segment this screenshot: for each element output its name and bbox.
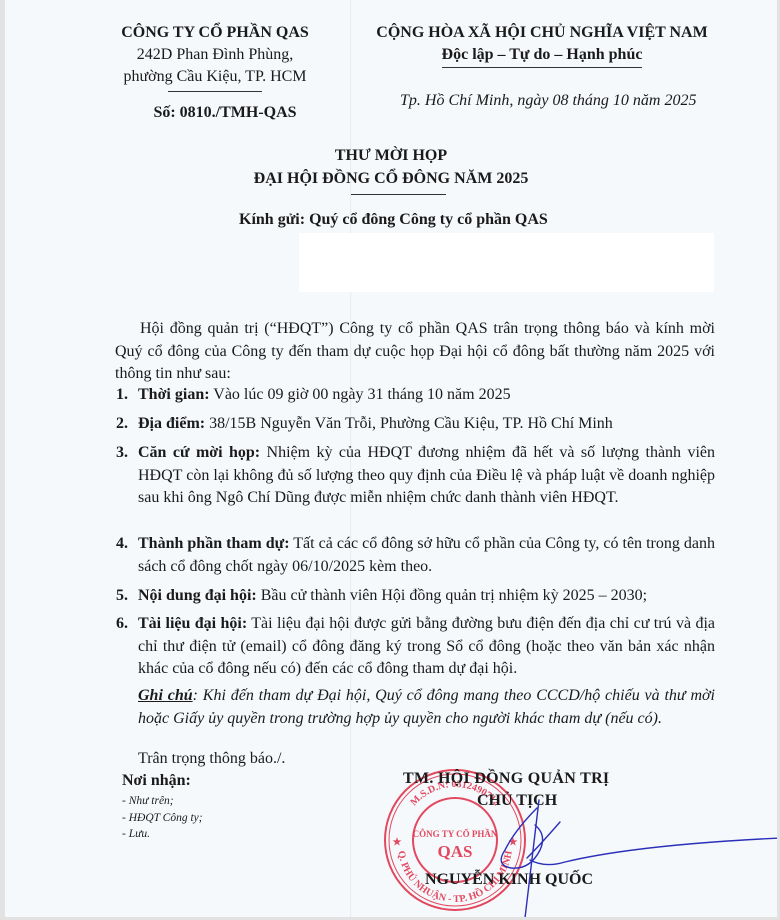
national-motto: Độc lập – Tự do – Hạnh phúc: [442, 44, 643, 68]
recipient-item: - Lưu.: [122, 826, 203, 843]
list-item: 6.Tài liệu đại hội: Tài liệu đại hội đượ…: [138, 613, 715, 681]
svg-text:★: ★: [393, 837, 402, 848]
document-number: Số: 0810./TMH-QAS: [100, 102, 330, 124]
intro-paragraph: Hội đồng quản trị (“HĐQT”) Công ty cổ ph…: [115, 318, 715, 386]
company-header: CÔNG TY CỔ PHẦN QAS 242D Phan Đình Phùng…: [100, 22, 330, 124]
list-item: 5.Nội dung đại hội: Bầu cử thành viên Hộ…: [138, 585, 715, 608]
document-page: CÔNG TY CỔ PHẦN QAS 242D Phan Đình Phùng…: [5, 0, 777, 917]
title-underline: [351, 194, 446, 195]
signature-on-behalf: TM. HỘI ĐỒNG QUẢN TRỊ: [403, 770, 609, 788]
document-subtitle: ĐẠI HỘI ĐỒNG CỔ ĐÔNG NĂM 2025: [5, 170, 777, 188]
header-divider: [168, 91, 262, 92]
redacted-area: [299, 233, 714, 292]
list-item: 4.Thành phần tham dự: Tất cả các cổ đông…: [138, 533, 715, 578]
recipient-item: - HĐQT Công ty;: [122, 810, 203, 827]
company-name: CÔNG TY CỔ PHẦN QAS: [100, 22, 330, 44]
note-label: Ghi chú: [138, 687, 193, 704]
nation-title: CỘNG HÒA XÃ HỘI CHỦ NGHĨA VIỆT NAM: [367, 22, 717, 44]
closing-line: Trân trọng thông báo./.: [138, 750, 285, 768]
document-title: THƯ MỜI HỌP: [5, 147, 777, 165]
list-item: 2.Địa điểm: 38/15B Nguyễn Văn Trỗi, Phườ…: [138, 413, 715, 436]
place-date: Tp. Hồ Chí Minh, ngày 08 tháng 10 năm 20…: [400, 92, 696, 110]
recipients-title: Nơi nhận:: [122, 772, 191, 790]
national-header: CỘNG HÒA XÃ HỘI CHỦ NGHĨA VIỆT NAM Độc l…: [367, 22, 717, 68]
list-item: 1.Thời gian: Vào lúc 09 giờ 00 ngày 31 t…: [138, 384, 715, 407]
list-item: 3.Căn cứ mời họp: Nhiệm kỳ của HĐQT đươn…: [138, 442, 715, 510]
note-paragraph: Ghi chú: Khi đến tham dự Đại hội, Quý cổ…: [138, 685, 715, 730]
company-address-line1: 242D Phan Đình Phùng,: [100, 44, 330, 66]
recipient-line: Kính gửi: Quý cổ đông Công ty cổ phần QA…: [239, 211, 548, 229]
svg-text:QAS: QAS: [438, 842, 473, 861]
company-address-line2: phường Cầu Kiệu, TP. HCM: [100, 66, 330, 88]
handwritten-signature-icon: [485, 790, 777, 917]
